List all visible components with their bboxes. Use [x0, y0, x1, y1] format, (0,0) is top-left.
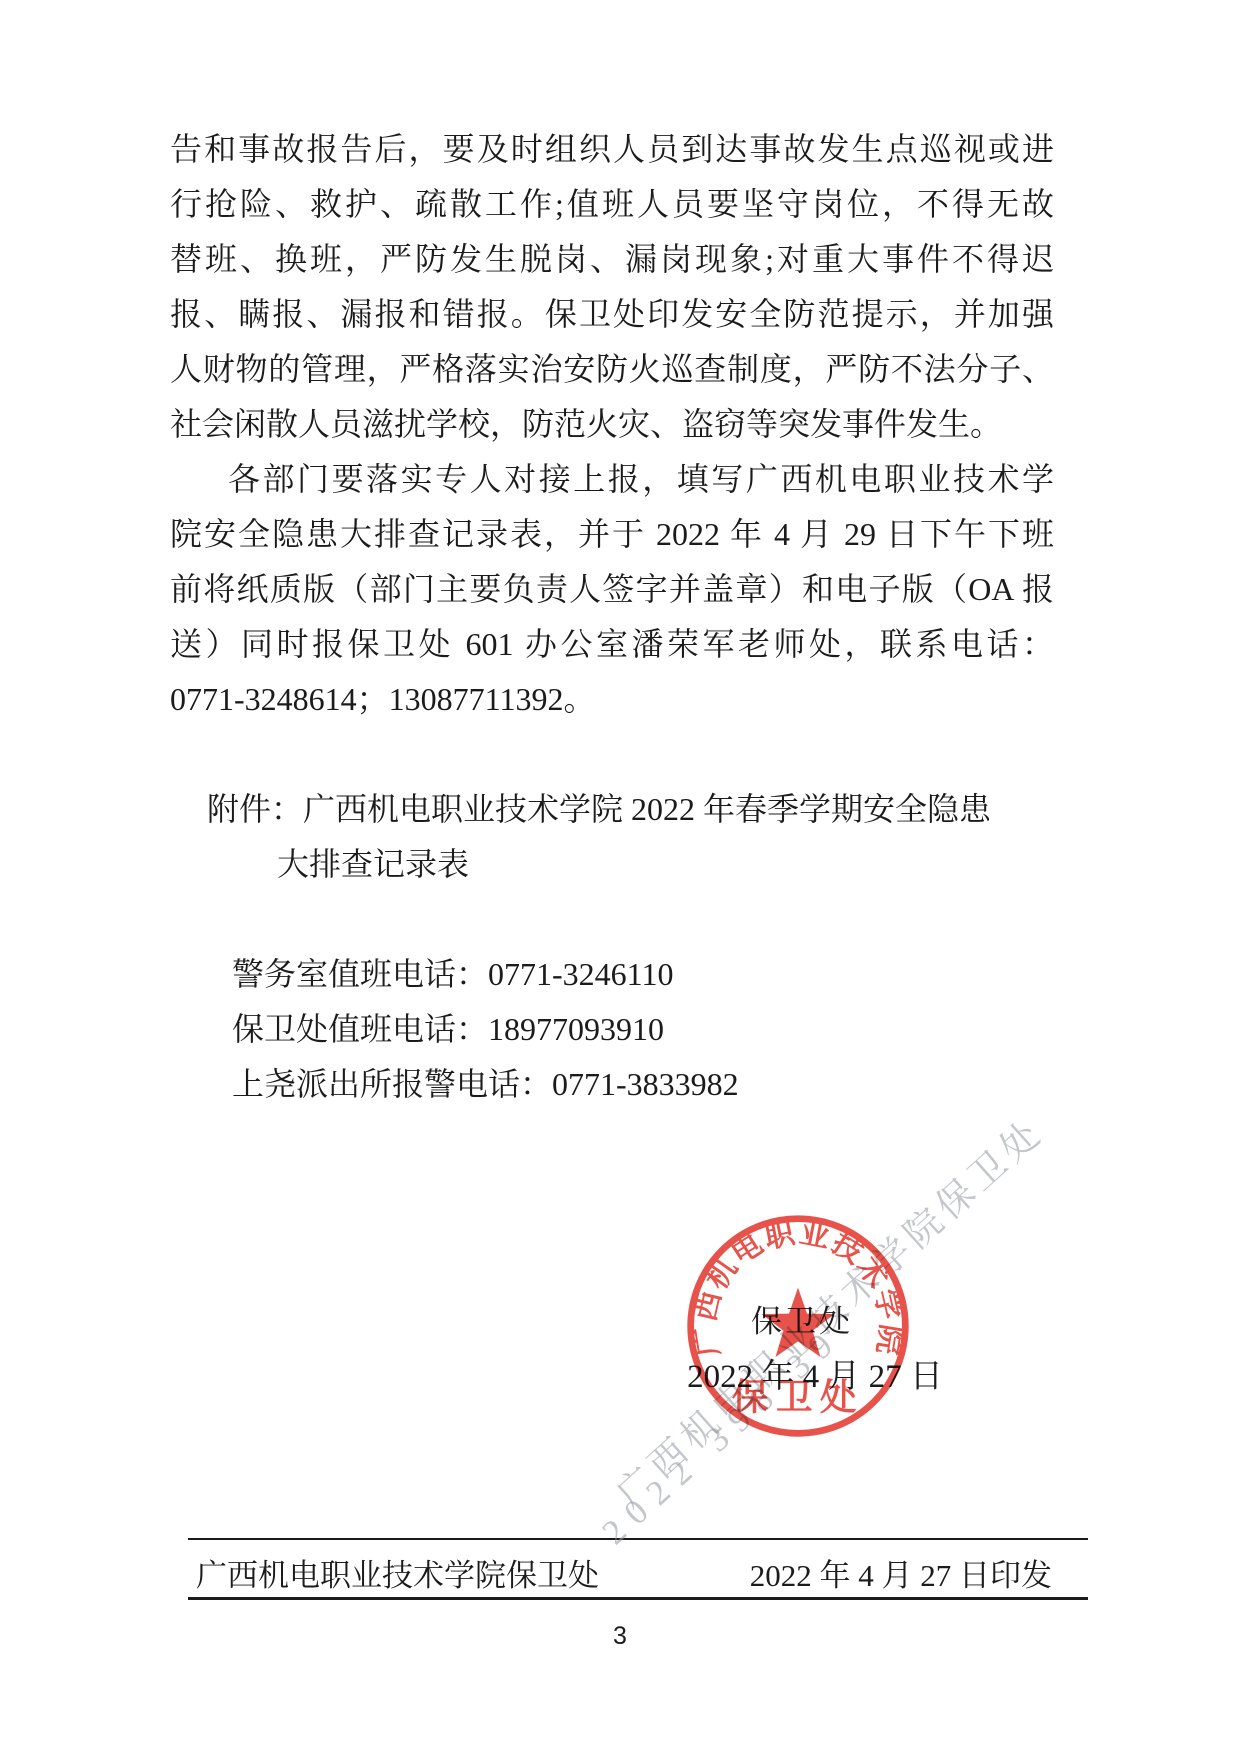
document-body: 告和事故报告后，要及时组织人员到达事故发生点巡视或进 行抢险、救护、疏散工作;值… [170, 122, 1054, 1112]
body-line: 行抢险、救护、疏散工作;值班人员要坚守岗位，不得无故 [170, 177, 1054, 232]
phone-line-police-station: 上尧派出所报警电话：0771-3833982 [170, 1057, 1054, 1112]
phone-line-police-room: 警务室值班电话：0771-3246110 [170, 947, 1054, 1002]
body-line: 院安全隐患大排查记录表，并于 2022 年 4 月 29 日下午下班 [170, 507, 1054, 562]
attachment-line: 大排查记录表 [170, 837, 1054, 892]
footer-separator-top [188, 1538, 1088, 1540]
document-page: 告和事故报告后，要及时组织人员到达事故发生点巡视或进 行抢险、救护、疏散工作;值… [0, 0, 1240, 1753]
body-line: 各部门要落实专人对接上报，填写广西机电职业技术学 [170, 452, 1054, 507]
footer-issuer: 广西机电职业技术学院保卫处 [196, 1550, 599, 1595]
page-number: 3 [0, 1622, 1240, 1651]
body-line: 送）同时报保卫处 601 办公室潘荣军老师处，联系电话： [170, 617, 1054, 672]
footer-print-date: 2022 年 4 月 27 日印发 [750, 1550, 1052, 1595]
seal-bottom-text: 保卫处 [732, 1377, 864, 1417]
official-seal: 广西机电职业技术学院 保卫处 [683, 1211, 913, 1441]
footer-row: 广西机电职业技术学院保卫处 2022 年 4 月 27 日印发 [188, 1548, 1088, 1596]
body-line: 替班、换班，严防发生脱岗、漏岗现象;对重大事件不得迟 [170, 232, 1054, 287]
phone-line-security-office: 保卫处值班电话：18977093910 [170, 1002, 1054, 1057]
attachment-line: 附件：广西机电职业技术学院 2022 年春季学期安全隐患 [170, 782, 1054, 837]
body-line: 告和事故报告后，要及时组织人员到达事故发生点巡视或进 [170, 122, 1054, 177]
seal-graphic: 广西机电职业技术学院 保卫处 [683, 1211, 913, 1441]
body-line: 前将纸质版（部门主要负责人签字并盖章）和电子版（OA 报 [170, 562, 1054, 617]
body-line: 0771-3248614；13087711392。 [170, 672, 1054, 727]
star-icon [762, 1288, 835, 1357]
footer-separator-bottom [188, 1597, 1088, 1600]
body-line: 社会闲散人员滋扰学校，防范火灾、盗窃等突发事件发生。 [170, 397, 1054, 452]
blank-line [170, 727, 1054, 782]
blank-line [170, 892, 1054, 947]
body-line: 人财物的管理，严格落实治安防火巡查制度，严防不法分子、 [170, 342, 1054, 397]
body-line: 报、瞒报、漏报和错报。保卫处印发安全防范提示，并加强 [170, 287, 1054, 342]
